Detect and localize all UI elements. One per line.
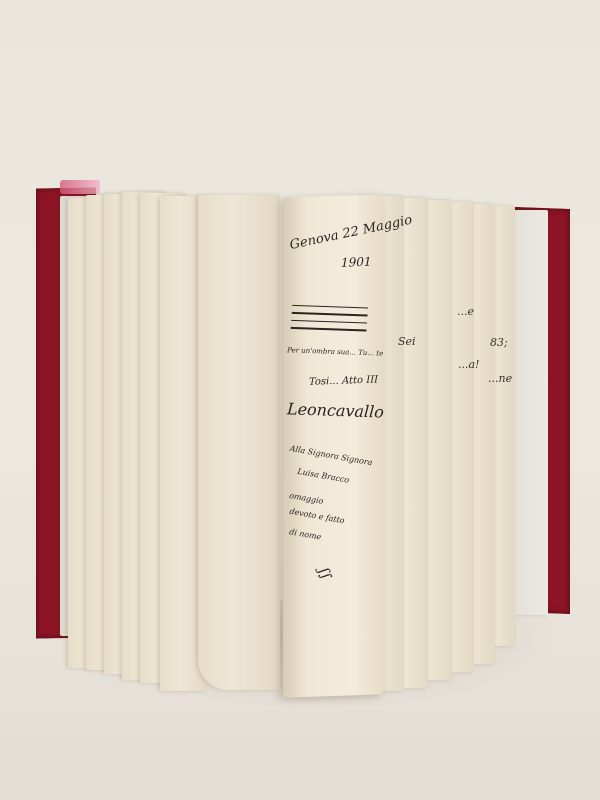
dedication-line: di nome [288,527,322,542]
photo-scene: Sei ...a! ...e 83; ...ne Genova 22 Maggi… [0,0,600,800]
autograph-page: Genova 22 Maggio 1901 Per un'ombra sua..… [283,194,383,697]
music-staff [290,305,368,342]
page-fragment: ...e [457,305,474,318]
dedication-line: Alla Signora Signora [289,444,373,467]
composer-signature: Leoncavallo [286,399,384,421]
note-line: Tosi... Atto III [309,374,378,387]
page-fragment: ...a! [458,358,479,371]
music-caption: Per un'ombra sua... Tu... te [287,346,384,357]
page-fragment: Sei [398,335,416,348]
year-line: 1901 [341,255,372,270]
left-page-large [198,195,280,690]
dedication-line: omaggio [288,491,324,506]
page-fragment: ...ne [488,372,512,385]
dedication-line: devoto e fatto [289,507,346,526]
frayed-cloth-edge [60,180,100,194]
page-fragment: 83; [490,336,508,349]
closing-signature: ʃ∫ [315,566,334,582]
dedication-line: Luisa Bracco [297,467,350,485]
